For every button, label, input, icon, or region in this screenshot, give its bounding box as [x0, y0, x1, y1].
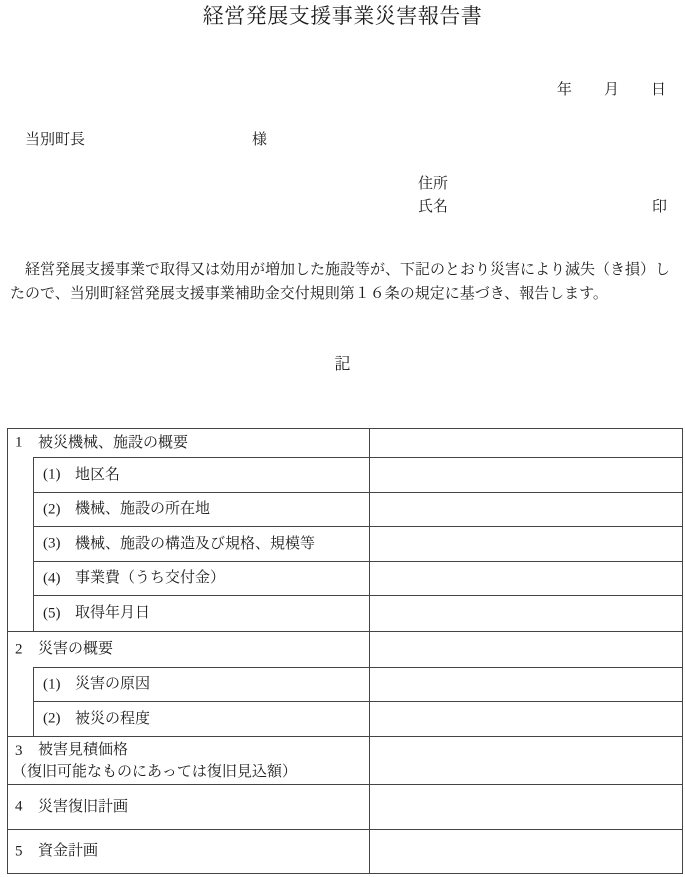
- value-cell: [370, 632, 682, 667]
- row-label: 機械、施設の構造及び規格、規模等: [75, 537, 315, 552]
- row-label: 機械、施設の所在地: [75, 502, 210, 517]
- row-label: 災害の概要: [38, 642, 113, 657]
- row-label: 資金計画: [38, 844, 98, 859]
- row-number: 3: [15, 744, 23, 759]
- row-label: 地区名: [75, 468, 120, 483]
- row-number: (4): [43, 571, 61, 586]
- table-row-3: 3 被害見積価格 （復旧可能なものにあっては復旧見込額）: [8, 736, 682, 784]
- table-row-1: 1 被災機械、施設の概要: [8, 429, 682, 457]
- row-label: 取得年月日: [75, 606, 150, 621]
- row-number: (2): [43, 712, 61, 727]
- row-number: 2: [15, 642, 23, 657]
- table-row-2-2: (2) 被災の程度: [33, 701, 682, 736]
- table-row-1-1: (1) 地区名: [33, 457, 682, 492]
- table-row-2-1: (1) 災害の原因: [33, 667, 682, 701]
- row-label: 被災機械、施設の概要: [38, 436, 188, 451]
- document-title: 経営発展支援事業災害報告書: [0, 6, 685, 27]
- date-month-label: 月: [604, 83, 619, 98]
- seal-mark: 印: [652, 200, 667, 215]
- row-number: (2): [43, 502, 61, 517]
- row-number: 1: [15, 436, 23, 451]
- table-row-2: 2 災害の概要: [8, 631, 682, 667]
- date-day-label: 日: [651, 83, 666, 98]
- table-row-4: 4 災害復旧計画: [8, 784, 682, 829]
- table-row-1-3: (3) 機械、施設の構造及び規格、規模等: [33, 526, 682, 561]
- row-number: (1): [43, 468, 61, 483]
- document-page: 経営発展支援事業災害報告書 年 月 日 当別町長 様 住所 氏名 印 経営発展支…: [0, 0, 685, 877]
- value-cell: [370, 429, 682, 457]
- row-number: (1): [43, 677, 61, 692]
- table-row-1-2: (2) 機械、施設の所在地: [33, 492, 682, 526]
- table-row-5: 5 資金計画: [8, 829, 682, 873]
- row-label: 災害の原因: [75, 677, 150, 692]
- row-label: 災害復旧計画: [38, 800, 128, 815]
- row-number: (3): [43, 537, 61, 552]
- report-table: 1 被災機械、施設の概要 (1) 地区名 (2) 機械、施設の所在地 (3) 機…: [7, 428, 683, 874]
- table-row-1-5: (5) 取得年月日: [33, 595, 682, 631]
- row-number: (5): [43, 606, 61, 621]
- row-number: 5: [15, 844, 23, 859]
- row-label-second-line: （復旧可能なものにあっては復旧見込額）: [12, 761, 297, 783]
- addressee-name: 当別町長: [25, 133, 85, 148]
- list-marker: 記: [0, 357, 685, 373]
- table-column-divider: [369, 429, 370, 873]
- row-label: 被害見積価格: [38, 739, 128, 761]
- row-label: 事業費（うち交付金）: [75, 571, 225, 586]
- value-cell: [370, 737, 682, 784]
- sender-address-label: 住所: [418, 177, 448, 192]
- row-number: 4: [15, 800, 23, 815]
- date-year-label: 年: [557, 83, 572, 98]
- value-cell: [370, 830, 682, 873]
- row-label: 被災の程度: [75, 712, 150, 727]
- body-paragraph: 経営発展支援事業で取得又は効用が増加した施設等が、下記のとおり災害により滅失（き…: [10, 258, 682, 306]
- sender-name-label: 氏名: [418, 200, 448, 215]
- table-row-1-4: (4) 事業費（うち交付金）: [33, 561, 682, 595]
- addressee-honorific: 様: [252, 133, 267, 148]
- value-cell: [370, 785, 682, 829]
